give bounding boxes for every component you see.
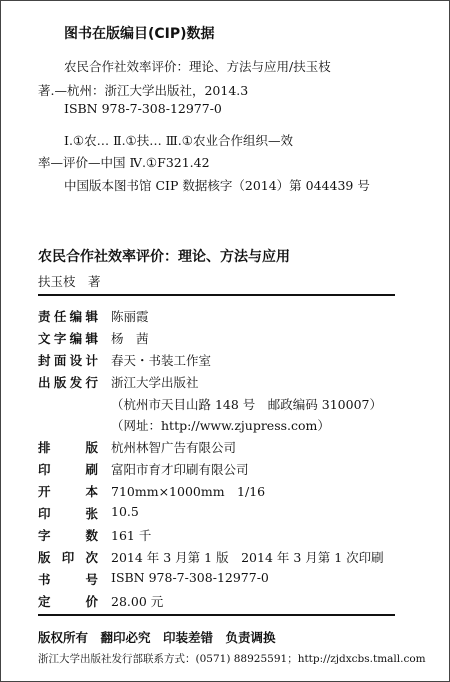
credit-value: 2014 年 3 月第 1 版 2014 年 3 月第 1 次印刷: [111, 548, 384, 566]
credit-label-char: 刷: [85, 460, 98, 478]
credit-label-char: 编: [70, 329, 83, 347]
credit-row: 封面设计春天・书装工作室: [38, 351, 211, 369]
cip-class-line-2: 率—评价—中国 Ⅳ.①F321.42: [38, 153, 210, 171]
credit-label-char: 书: [38, 570, 51, 588]
credit-value: 710mm×1000mm 1/16: [111, 482, 265, 500]
credit-row: （网址：http://www.zjupress.com）: [38, 416, 330, 434]
credit-label-char: 计: [85, 351, 98, 369]
credit-row: 排版杭州林智广告有限公司: [38, 438, 236, 456]
credit-label-char: 发: [70, 373, 83, 391]
credit-value: 陈丽霞: [111, 307, 149, 325]
credit-label-char: 印: [62, 548, 75, 566]
credit-label-char: 价: [85, 592, 98, 610]
credit-value: 春天・书装工作室: [111, 351, 211, 369]
credit-value: 10.5: [111, 504, 139, 522]
credit-label: 文字编辑: [38, 329, 98, 347]
credit-label-char: 出: [38, 373, 51, 391]
credit-label-char: 印: [38, 460, 51, 478]
credit-label: 出版发行: [38, 373, 98, 391]
credit-label: 开本: [38, 482, 98, 500]
credit-label-char: 责: [38, 307, 51, 325]
credit-label-char: 号: [85, 570, 98, 588]
credit-label-char: 封: [38, 351, 51, 369]
credit-label: 定价: [38, 592, 98, 610]
credit-label-char: 开: [38, 482, 51, 500]
credit-row: 字数161 千: [38, 526, 151, 544]
cip-heading: 图书在版编目(CIP)数据: [64, 23, 215, 43]
credit-row: 印刷富阳市育才印刷有限公司: [38, 460, 249, 478]
credit-row: 书号ISBN 978-7-308-12977-0: [38, 570, 269, 588]
credit-value: 富阳市育才印刷有限公司: [111, 460, 249, 478]
divider-bottom: [38, 614, 395, 616]
copyright-page: 图书在版编目(CIP)数据 农民合作社效率评价：理论、方法与应用/扶玉枝 著.—…: [0, 0, 450, 682]
credit-value: 28.00 元: [111, 592, 163, 610]
credit-label: 印刷: [38, 460, 98, 478]
credit-label: [38, 395, 98, 413]
credit-row: 定价28.00 元: [38, 592, 163, 610]
credit-label-char: 编: [70, 307, 83, 325]
credit-row: 文字编辑杨 茜: [38, 329, 149, 347]
credit-row: 开本710mm×1000mm 1/16: [38, 482, 265, 500]
credit-label: [38, 416, 98, 434]
credit-label: 版印次: [38, 548, 98, 566]
book-author: 扶玉枝 著: [38, 272, 101, 290]
credit-label-char: 辑: [85, 307, 98, 325]
credit-label: 印张: [38, 504, 98, 522]
credit-label-char: 版: [38, 548, 51, 566]
credit-value: 161 千: [111, 526, 151, 544]
cip-line-1: 农民合作社效率评价：理论、方法与应用/扶玉枝: [64, 57, 331, 75]
credit-label-char: 设: [70, 351, 83, 369]
credit-row: 印张10.5: [38, 504, 139, 522]
credit-value: 浙江大学出版社: [111, 373, 199, 391]
credit-label: 封面设计: [38, 351, 98, 369]
credit-row: （杭州市天目山路 148 号 邮政编码 310007）: [38, 395, 382, 413]
credit-row: 出版发行浙江大学出版社: [38, 373, 199, 391]
credit-label-char: 字: [54, 329, 67, 347]
credit-label-char: 本: [85, 482, 98, 500]
credit-label: 排版: [38, 438, 98, 456]
credit-label: 责任编辑: [38, 307, 98, 325]
credit-value: ISBN 978-7-308-12977-0: [111, 570, 269, 588]
book-title: 农民合作社效率评价：理论、方法与应用: [38, 246, 290, 266]
credit-row: 版印次2014 年 3 月第 1 版 2014 年 3 月第 1 次印刷: [38, 548, 384, 566]
credit-label-char: 版: [54, 373, 67, 391]
divider-top: [38, 294, 395, 296]
cip-line-2: 著.—杭州：浙江大学出版社，2014.3: [38, 81, 248, 99]
credit-label-char: 行: [85, 373, 98, 391]
credit-label-char: 任: [54, 307, 67, 325]
credit-value: 杭州林智广告有限公司: [111, 438, 236, 456]
credit-value: （网址：http://www.zjupress.com）: [111, 416, 330, 434]
credit-label-char: 文: [38, 329, 51, 347]
credit-label: 字数: [38, 526, 98, 544]
credit-value: （杭州市天目山路 148 号 邮政编码 310007）: [111, 395, 382, 413]
credit-label-char: 辑: [85, 329, 98, 347]
credit-label-char: 定: [38, 592, 51, 610]
rights-notice: 版权所有 翻印必究 印装差错 负责调换: [38, 628, 276, 646]
credit-label-char: 面: [54, 351, 67, 369]
credit-row: 责任编辑陈丽霞: [38, 307, 149, 325]
credit-label-char: 数: [85, 526, 98, 544]
credit-label: 书号: [38, 570, 98, 588]
credit-value: 杨 茜: [111, 329, 149, 347]
credit-label-char: 次: [85, 548, 98, 566]
cip-class-line-1: Ⅰ.①农… Ⅱ.①扶… Ⅲ.①农业合作组织—效: [64, 131, 293, 149]
cip-library-number: 中国版本图书馆 CIP 数据核字（2014）第 044439 号: [64, 176, 370, 194]
cip-isbn: ISBN 978-7-308-12977-0: [64, 101, 222, 116]
credit-label-char: 张: [85, 504, 98, 522]
credit-label-char: 印: [38, 504, 51, 522]
credit-label-char: 排: [38, 438, 51, 456]
credit-label-char: 版: [85, 438, 98, 456]
publisher-contact: 浙江大学出版社发行部联系方式：(0571) 88925591；http://zj…: [38, 651, 426, 666]
credit-label-char: 字: [38, 526, 51, 544]
